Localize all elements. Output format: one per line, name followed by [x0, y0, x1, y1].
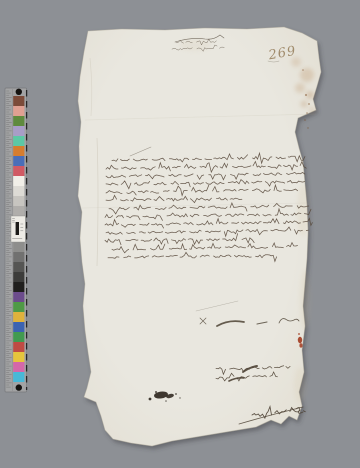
- foxing-stain: [300, 270, 310, 330]
- red-wax-spot: [299, 343, 302, 347]
- stain-dot: [304, 119, 306, 121]
- red-wax-spot: [298, 333, 300, 335]
- stain-dot: [308, 103, 310, 105]
- manuscript-photo: 269: [0, 0, 360, 468]
- ink-blot-blob: [175, 393, 177, 395]
- color-patch: [13, 186, 24, 196]
- photo-stage: 269: [0, 0, 360, 468]
- foxing-stain: [301, 101, 308, 108]
- color-patch: [13, 116, 24, 126]
- resolution-target-bar: [16, 222, 19, 235]
- color-patch: [13, 106, 24, 116]
- color-patch: [13, 96, 24, 106]
- color-patch: [13, 242, 24, 252]
- foxing-stain: [295, 83, 305, 93]
- ink-blot-blob: [165, 400, 167, 402]
- color-patch: [13, 196, 24, 206]
- paper-edge-tint: [78, 27, 321, 446]
- color-patch: [13, 292, 24, 302]
- ink-blot-blob: [179, 397, 180, 398]
- foxing-stain: [309, 107, 315, 113]
- stain-dot: [305, 94, 307, 96]
- color-patch: [13, 262, 24, 272]
- stain-dot: [307, 127, 308, 128]
- color-patch: [13, 156, 24, 166]
- foxing-stain: [294, 367, 306, 403]
- color-patch: [13, 206, 24, 216]
- color-patch: [13, 252, 24, 262]
- foxing-stain: [297, 184, 309, 236]
- color-patch: [13, 312, 24, 322]
- color-patch: [13, 342, 24, 352]
- color-patch: [13, 146, 24, 156]
- foxing-stain: [300, 68, 314, 82]
- color-patch: [13, 176, 24, 186]
- color-patch: [13, 282, 24, 292]
- color-patch: [13, 322, 24, 332]
- red-wax-spot: [298, 337, 302, 343]
- color-patch: [13, 136, 24, 146]
- color-patch: [13, 332, 24, 342]
- color-calibration-strip: [5, 88, 27, 392]
- color-patch: [13, 302, 24, 312]
- foxing-stain: [179, 39, 211, 51]
- ink-blot-blob: [155, 391, 157, 393]
- color-patch: [13, 362, 24, 372]
- color-patch: [13, 126, 24, 136]
- color-patch: [13, 372, 24, 382]
- color-patch: [13, 166, 24, 176]
- manuscript-page: [78, 27, 321, 446]
- stain-dot: [302, 69, 304, 71]
- ink-blot-blob: [149, 398, 152, 401]
- strip-top-dot: [16, 89, 22, 95]
- stain-dot: [306, 112, 308, 114]
- color-patch: [13, 272, 24, 282]
- foxing-stain: [306, 91, 314, 99]
- color-patch: [13, 352, 24, 362]
- strip-bottom-dot: [16, 384, 22, 390]
